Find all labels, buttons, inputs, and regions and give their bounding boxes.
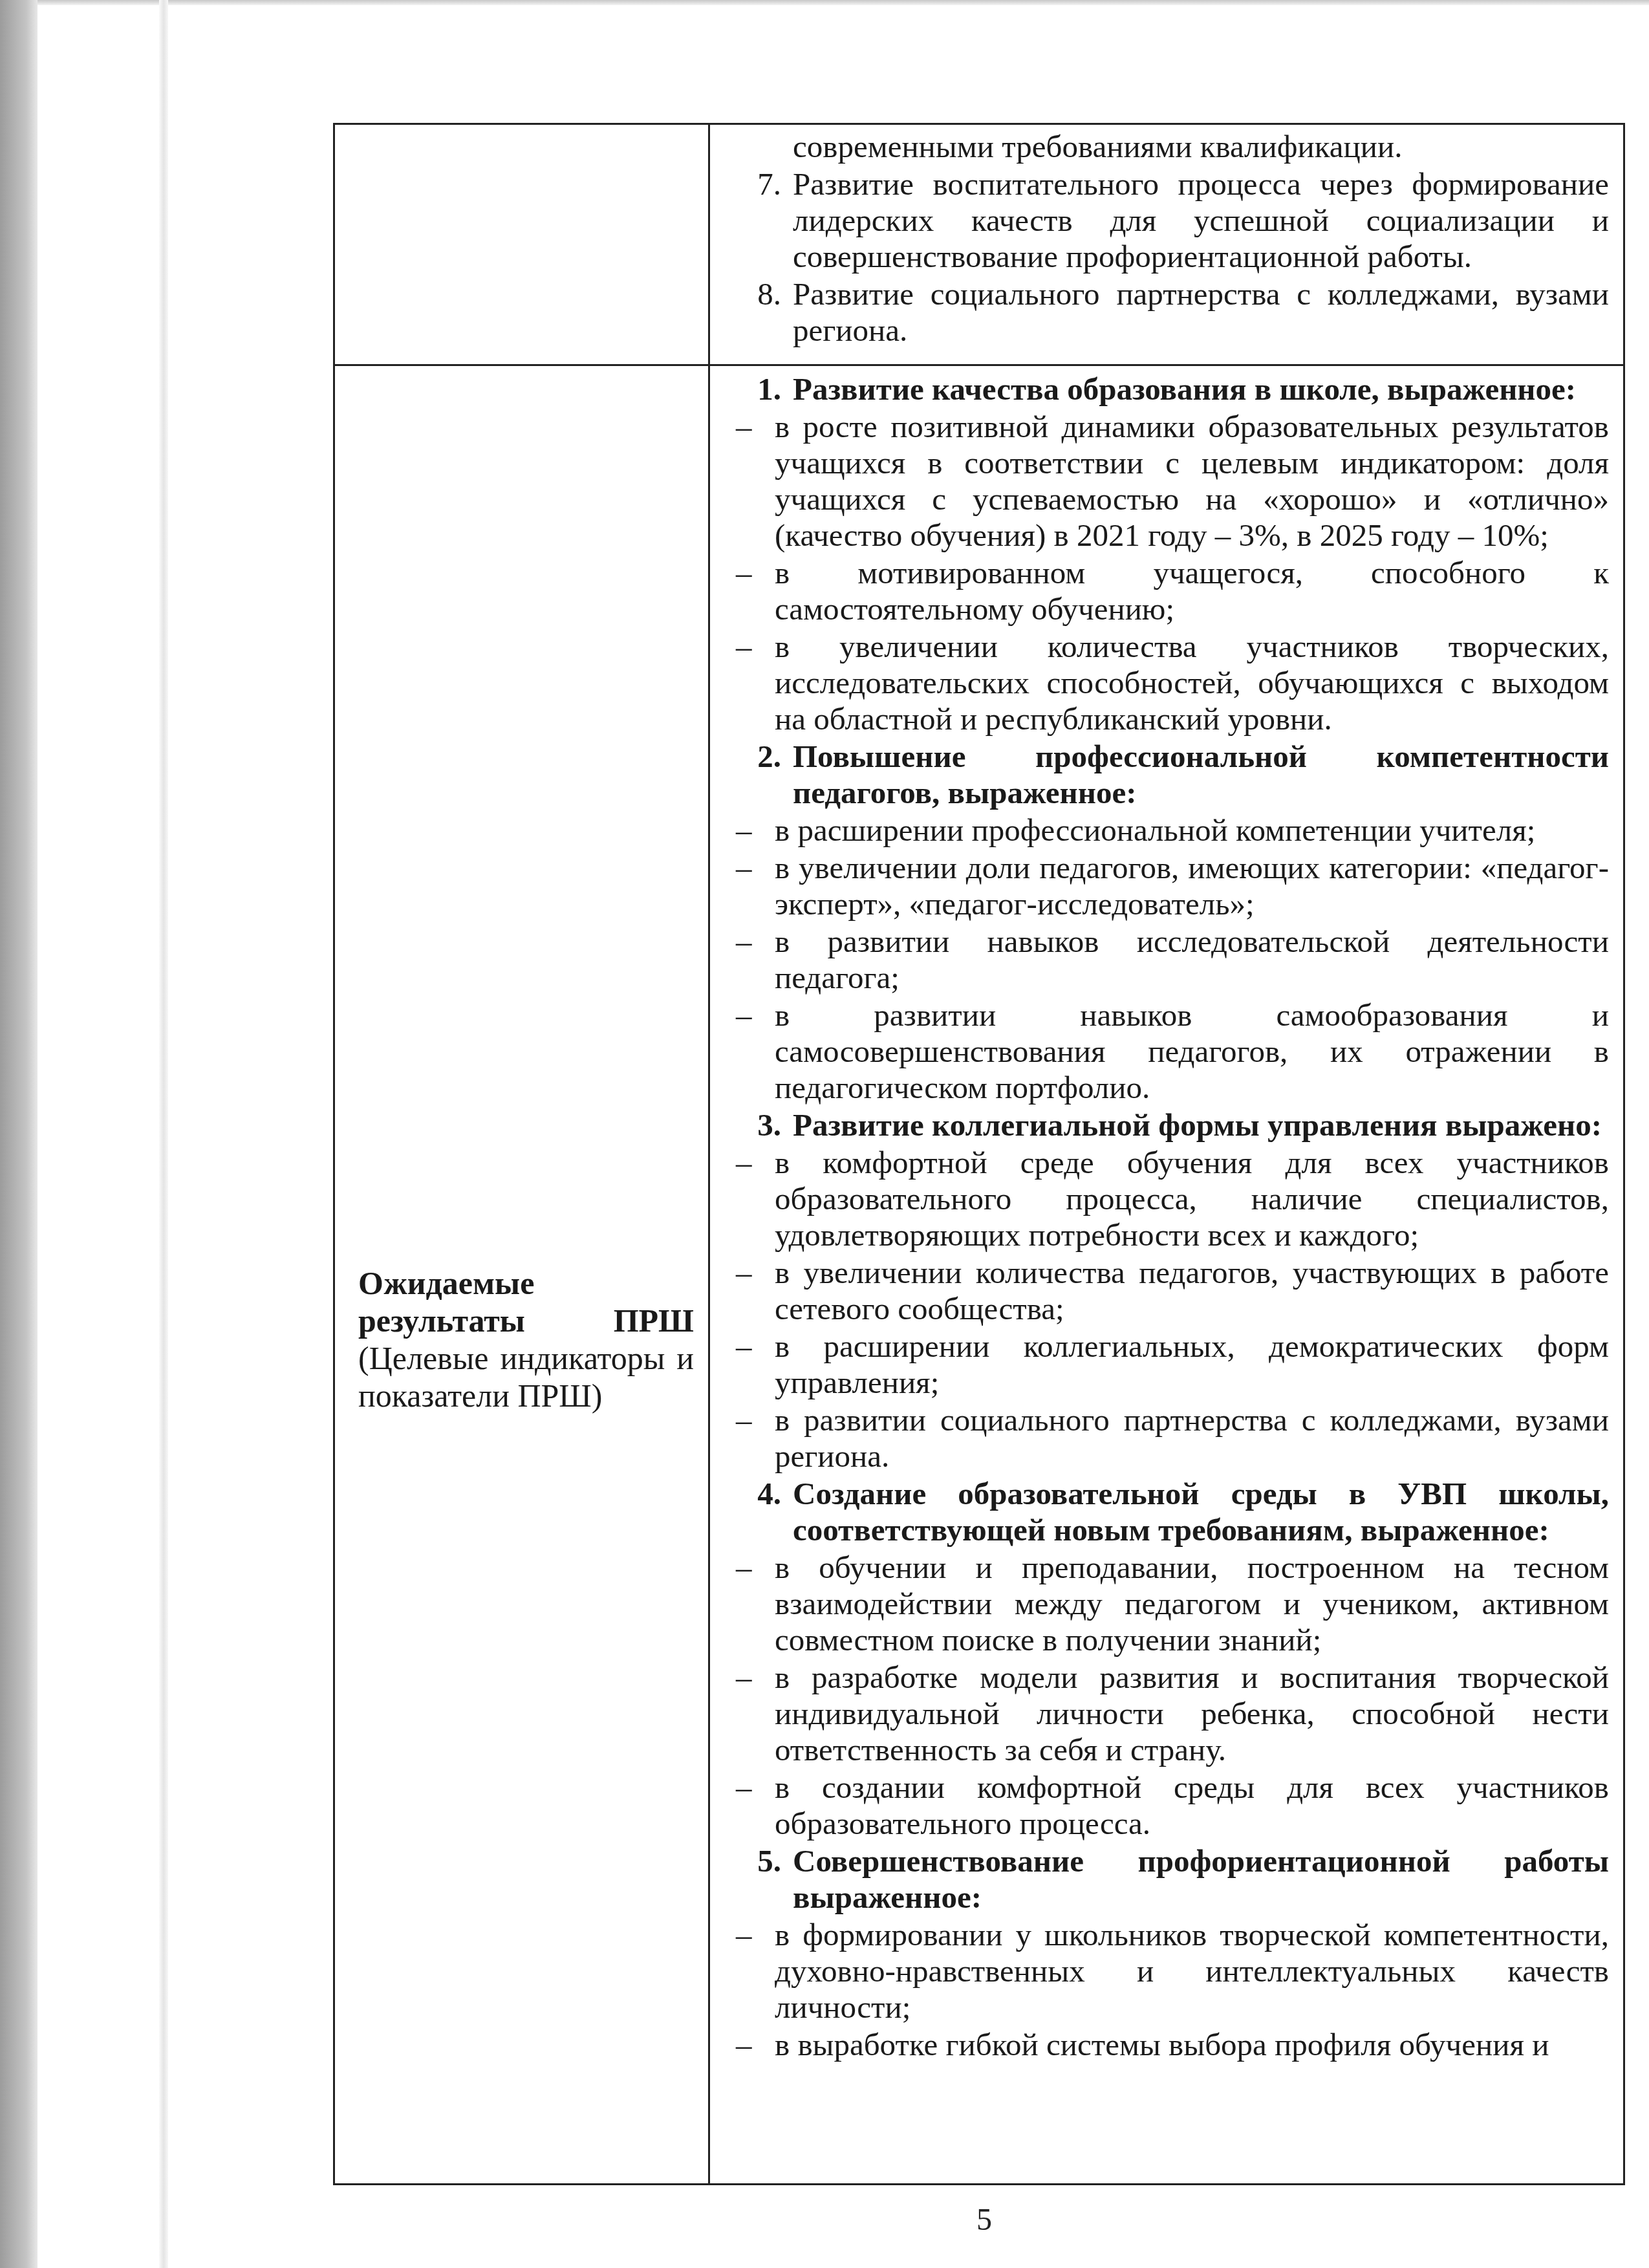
list-item: –в мотивированном учащегося, способного …: [736, 555, 1609, 627]
item-number: 7.: [736, 166, 793, 275]
list-item: –в увеличении доли педагогов, имеющих ка…: [736, 850, 1609, 922]
item-number: 8.: [736, 276, 793, 349]
dash-bullet-icon: –: [736, 555, 775, 627]
table-row: современными требованиями квалификации. …: [334, 124, 1624, 365]
dash-bullet-icon: –: [736, 1402, 775, 1474]
item-number: 1.: [736, 371, 793, 407]
bullet-text: в формировании у школьников творческой к…: [775, 1917, 1609, 2025]
label-title: Ожидаемые результаты ПРШ: [358, 1265, 694, 1339]
heading-text: Создание образовательной среды в УВП шко…: [793, 1476, 1609, 1548]
result-group: 2.Повышение профессиональной компетентно…: [736, 739, 1609, 1106]
row1-label-cell: [334, 124, 709, 365]
heading-text: Повышение профессиональной компетентност…: [793, 739, 1609, 811]
item-number: 3.: [736, 1107, 793, 1143]
list-item: –в увеличении количества участников твор…: [736, 629, 1609, 737]
table-row: Ожидаемые результаты ПРШ (Целевые индика…: [334, 365, 1624, 2185]
dash-bullet-icon: –: [736, 1145, 775, 1253]
page-number: 5: [976, 2202, 992, 2238]
item-text: Развитие воспитательного процесса через …: [793, 166, 1609, 275]
bullet-text: в увеличении доли педагогов, имеющих кат…: [775, 850, 1609, 922]
dash-bullet-icon: –: [736, 409, 775, 554]
dash-bullet-icon: –: [736, 1328, 775, 1401]
row2-content-cell: 1.Развитие качества образования в школе,…: [709, 365, 1624, 2185]
bullet-text: в увеличении количества участников творч…: [775, 629, 1609, 737]
bullet-text: в развитии навыков исследовательской дея…: [775, 923, 1609, 996]
item-number: 4.: [736, 1476, 793, 1548]
list-item: –в развитии навыков самообразования и са…: [736, 997, 1609, 1106]
bullet-text: в мотивированном учащегося, способного к…: [775, 555, 1609, 627]
heading-text: Развитие качества образования в школе, в…: [793, 371, 1609, 407]
program-table: современными требованиями квалификации. …: [333, 123, 1625, 2185]
dash-bullet-icon: –: [736, 1255, 775, 1327]
row1-content-cell: современными требованиями квалификации. …: [709, 124, 1624, 365]
item-text: Развитие социального партнерства с колле…: [793, 276, 1609, 349]
result-group: 1.Развитие качества образования в школе,…: [736, 371, 1609, 737]
bullet-text: в разработке модели развития и воспитани…: [775, 1659, 1609, 1768]
result-group: 3.Развитие коллегиальной формы управлени…: [736, 1107, 1609, 1474]
list-item: –в создании комфортной среды для всех уч…: [736, 1769, 1609, 1842]
list-item: –в развитии социального партнерства с ко…: [736, 1402, 1609, 1474]
item-number: 5.: [736, 1843, 793, 1916]
bullet-text: в росте позитивной динамики образователь…: [775, 409, 1609, 554]
heading-text: Развитие коллегиальной формы управления …: [793, 1107, 1609, 1143]
label-subtitle: (Целевые индикаторы и показатели ПРШ): [358, 1340, 694, 1414]
list-item: –в развитии навыков исследовательской де…: [736, 923, 1609, 996]
bullet-text: в увеличении количества педагогов, участ…: [775, 1255, 1609, 1327]
dash-bullet-icon: –: [736, 997, 775, 1106]
scan-edge-shadow: [0, 0, 38, 2268]
list-item: –в комфортной среде обучения для всех уч…: [736, 1145, 1609, 1253]
result-group: 4.Создание образовательной среды в УВП ш…: [736, 1476, 1609, 1842]
scan-top-shadow: [0, 0, 1649, 5]
list-item: –в увеличении количества педагогов, учас…: [736, 1255, 1609, 1327]
bullet-text: в расширении коллегиальных, демократичес…: [775, 1328, 1609, 1401]
dash-bullet-icon: –: [736, 1917, 775, 2025]
dash-bullet-icon: –: [736, 629, 775, 737]
heading-text: Совершенствование профориентационной раб…: [793, 1843, 1609, 1916]
list-item: –в росте позитивной динамики образовател…: [736, 409, 1609, 554]
list-item: –в выработке гибкой системы выбора профи…: [736, 2027, 1609, 2063]
bullet-text: в развитии социального партнерства с кол…: [775, 1402, 1609, 1474]
dash-bullet-icon: –: [736, 850, 775, 922]
group-heading: 2.Повышение профессиональной компетентно…: [736, 739, 1609, 811]
expected-results-list: 1.Развитие качества образования в школе,…: [710, 366, 1623, 2063]
dash-bullet-icon: –: [736, 2027, 775, 2063]
list-item: –в разработке модели развития и воспитан…: [736, 1659, 1609, 1768]
list-item: 8. Развитие социального партнерства с ко…: [736, 276, 1609, 349]
bullet-text: в развитии навыков самообразования и сам…: [775, 997, 1609, 1106]
dash-bullet-icon: –: [736, 812, 775, 848]
list-item: –в расширении коллегиальных, демократиче…: [736, 1328, 1609, 1401]
bullet-text: в выработке гибкой системы выбора профил…: [775, 2027, 1609, 2063]
list-item: –в формировании у школьников творческой …: [736, 1917, 1609, 2025]
list-item: –в обучении и преподавании, построенном …: [736, 1550, 1609, 1658]
dash-bullet-icon: –: [736, 1550, 775, 1658]
result-group: 5.Совершенствование профориентационной р…: [736, 1843, 1609, 2063]
group-heading: 5.Совершенствование профориентационной р…: [736, 1843, 1609, 1916]
bullet-text: в расширении профессиональной компетенци…: [775, 812, 1609, 848]
dash-bullet-icon: –: [736, 1769, 775, 1842]
continuation-text: современными требованиями квалификации.: [736, 129, 1609, 165]
group-heading: 1.Развитие качества образования в школе,…: [736, 371, 1609, 407]
row2-label-cell: Ожидаемые результаты ПРШ (Целевые индика…: [334, 365, 709, 2185]
item-number: 2.: [736, 739, 793, 811]
group-heading: 3.Развитие коллегиальной формы управлени…: [736, 1107, 1609, 1143]
list-item: 7. Развитие воспитательного процесса чер…: [736, 166, 1609, 275]
bullet-text: в создании комфортной среды для всех уча…: [775, 1769, 1609, 1842]
page-fold: [159, 0, 168, 2268]
list-item: –в расширении профессиональной компетенц…: [736, 812, 1609, 848]
dash-bullet-icon: –: [736, 923, 775, 996]
dash-bullet-icon: –: [736, 1659, 775, 1768]
group-heading: 4.Создание образовательной среды в УВП ш…: [736, 1476, 1609, 1548]
bullet-text: в обучении и преподавании, построенном н…: [775, 1550, 1609, 1658]
bullet-text: в комфортной среде обучения для всех уча…: [775, 1145, 1609, 1253]
row-label: Ожидаемые результаты ПРШ (Целевые индика…: [335, 1264, 708, 1414]
